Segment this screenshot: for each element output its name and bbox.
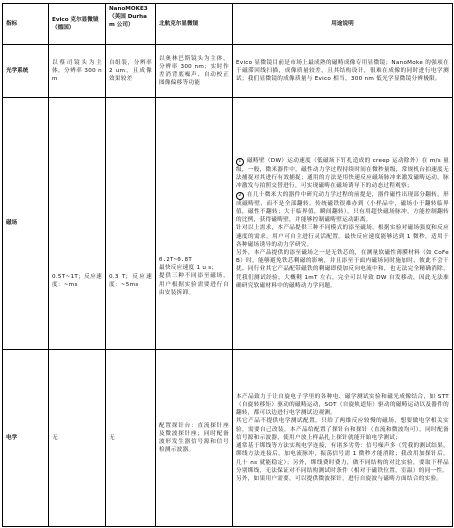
header-evico: Evico 克尔显微镜（德国） [49,4,106,45]
header-row: 指标 Evico 克尔显微镜（德国） NanoMOKE3（英国 Durham 公… [3,4,453,45]
header-usage: 用途说明 [233,4,453,45]
comparison-table: 指标 Evico 克尔显微镜（德国） NanoMOKE3（英国 Durham 公… [2,3,453,527]
beihang-response-speed: 最快反应速度 1 u s； [159,264,229,272]
cell-beihang-electrical: 配置探针台：直流探针座及微波探针座；同时配备波形发生器信号源和信号检测示波器。 [156,350,233,527]
usage-paragraph: 针对以上需求，本产品提供三种不同模式的添至磁场，根据实验对磁场强度和反应速度的需… [236,224,449,249]
usage-paragraph: 其它产品不提供电学测试配置，只给了两维反应较慢的磁场，想要做电学相关实验，需要自… [236,417,449,442]
circled-number-1-icon: 1 [236,158,244,166]
header-indicator: 指标 [3,4,49,45]
circled-number-2-icon: 2 [236,192,244,200]
usage-paragraph: 2在几十微米大的器件中研究动力学过程的前提是，器件磁性出现部分翻转，形成磁畴壁，… [236,191,449,225]
usage-paragraph: 本产品致力于让自旋电子学里的各种电、磁学测试实验和磁光成像结合，如 STT（自旋… [236,393,449,418]
cell-nanomoke-optics: 自组装，分辨率 2 um，且成像效果较差 [106,45,156,98]
cell-beihang-magnetic: 0.2T~0.8T 最快反应速度 1 u s； 提供三种不同添至磁场，用户根据实… [156,98,233,350]
usage-paragraph: Evico 显微镜目前是市场上最成熟的磁畴成像专用显微镜；NanoMoke 的强… [236,59,449,84]
cell-usage-electrical: 本产品致力于让自旋电子学里的各种电、磁学测试实验和磁光成像结合，如 STT（自旋… [233,350,453,527]
cell-beihang-optics: 以奥林巴斯镜头为主体，分辨率 300 nm；实时作差消背底噪声、自动校正图像偏移… [156,45,233,98]
usage-paragraph: 另外，本产品提供的添至磁场之一是无铁芯的，在测量软磁性薄膜材料（如 CoFeB）… [236,249,449,290]
header-beihang: 北航克尔显微镜 [156,4,233,45]
cell-nanomoke-magnetic: 0.3 T；反应速度：~5ms [106,98,156,350]
cell-usage-magnetic: 1磁畴壁（DW）运动速度（低磁场下钉扎造成的 creep 运动除外）在 m/s … [233,98,453,350]
usage-paragraph: 1磁畴壁（DW）运动速度（低磁场下钉扎造成的 creep 运动除外）在 m/s … [236,157,449,191]
table-row-electrical: 电学 无 无 配置探针台：直流探针座及微波探针座；同时配备波形发生器信号源和信号… [3,350,453,527]
table-row-optics: 光学系统 以蔡司镜头为主体，分辨率 300 nm 自组装，分辨率 2 um，且成… [3,45,453,98]
row-label-magnetic: 磁场 [3,98,49,350]
cell-evico-optics: 以蔡司镜头为主体，分辨率 300 nm [49,45,106,98]
usage-paragraph: 通常基于绑线等方法实现电学连接，有诸多劣势：信号噪声多（凭我的测试结果，绑线方法… [236,442,449,475]
cell-evico-magnetic: 0.5T~1T；反应速度：~ms [49,98,106,350]
usage-paragraph: 另外，如果用户需要，可以提供微波探针，进行自旋波与磁畴方面结合的实验。 [236,475,449,483]
row-label-optics: 光学系统 [3,45,49,98]
header-nanomoke: NanoMOKE3（英国 Durham 公司） [106,4,156,45]
cell-usage-optics: Evico 显微镜目前是市场上最成熟的磁畴成像专用显微镜；NanoMoke 的强… [233,45,453,98]
beihang-field-range: 0.2T~0.8T [159,256,229,264]
table-row-magnetic: 磁场 0.5T~1T；反应速度：~ms 0.3 T；反应速度：~5ms 0.2T… [3,98,453,350]
row-label-electrical: 电学 [3,350,49,527]
cell-evico-electrical: 无 [49,350,106,527]
beihang-field-description: 提供三种不同添至磁场，用户根据实验需要进行自由安装拆卸。 [159,272,229,297]
cell-nanomoke-electrical: 无 [106,350,156,527]
